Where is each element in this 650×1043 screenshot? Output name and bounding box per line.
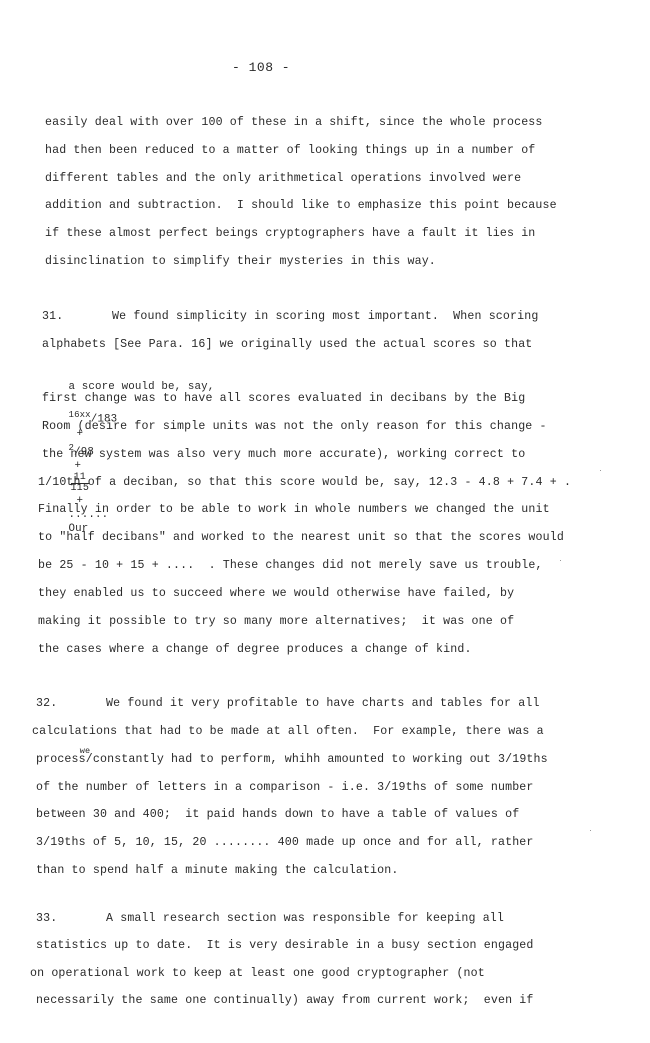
text-line: than to spend half a minute making the c…	[36, 864, 398, 878]
para-text: We found it very profitable to have char…	[106, 697, 540, 710]
text-line: different tables and the only arithmetic…	[45, 172, 521, 186]
text-line: disinclination to simplify their mysteri…	[45, 255, 436, 269]
text-line: between 30 and 400; it paid hands down t…	[36, 808, 519, 822]
text-line: 1/10th of a deciban, so that this score …	[38, 476, 571, 490]
page-number: - 108 -	[0, 60, 650, 75]
text-line: necessarily the same one continually) aw…	[36, 994, 534, 1008]
scan-speck	[590, 830, 591, 831]
para-33-first-line: 33.A small research section was responsi…	[36, 912, 504, 926]
scan-speck	[600, 470, 601, 471]
text-line: processwe/constantly had to perform, whi…	[36, 753, 548, 767]
text-line: 3/19ths of 5, 10, 15, 20 ........ 400 ma…	[36, 836, 534, 850]
text-line: calculations that had to be made at all …	[32, 725, 544, 739]
text-line: easily deal with over 100 of these in a …	[45, 116, 543, 130]
text-line: be 25 - 10 + 15 + .... . These changes d…	[38, 559, 543, 573]
text-line: first change was to have all scores eval…	[42, 392, 525, 406]
scan-speck	[560, 560, 561, 561]
text-line: the new system was also very much more a…	[42, 448, 525, 462]
text-segment: process	[36, 753, 86, 766]
text-line: on operational work to keep at least one…	[30, 967, 485, 981]
para-text: A small research section was responsible…	[106, 912, 504, 925]
scan-speck	[275, 180, 276, 181]
text-line: of the number of letters in a comparison…	[36, 781, 534, 795]
text-line: making it possible to try so many more a…	[38, 615, 514, 629]
insert-text: we	[80, 744, 91, 758]
text-line: they enabled us to succeed where we woul…	[38, 587, 514, 601]
para-text: We found simplicity in scoring most impo…	[112, 310, 538, 323]
text-line: alphabets [See Para. 16] we originally u…	[42, 338, 532, 352]
text-segment: /constantly had to perform, whihh amount…	[86, 753, 548, 766]
text-line: Room (desire for simple units was not th…	[42, 420, 547, 434]
text-line: statistics up to date. It is very desira…	[36, 939, 534, 953]
text-line: had then been reduced to a matter of loo…	[45, 144, 535, 158]
para-number: 32.	[36, 697, 106, 711]
text-line: addition and subtraction. I should like …	[45, 199, 557, 213]
text-line: Finally in order to be able to work in w…	[38, 503, 550, 517]
para-32-first-line: 32.We found it very profitable to have c…	[36, 697, 540, 711]
formula-term1-sup: 16xx	[69, 410, 91, 420]
para-number: 31.	[42, 310, 112, 324]
para-number: 33.	[36, 912, 106, 926]
text-line: to "half decibans" and worked to the nea…	[38, 531, 564, 545]
text-line: if these almost perfect beings cryptogra…	[45, 227, 535, 241]
para-31-first-line: 31.We found simplicity in scoring most i…	[42, 310, 538, 324]
text-line: the cases where a change of degree produ…	[38, 643, 472, 657]
